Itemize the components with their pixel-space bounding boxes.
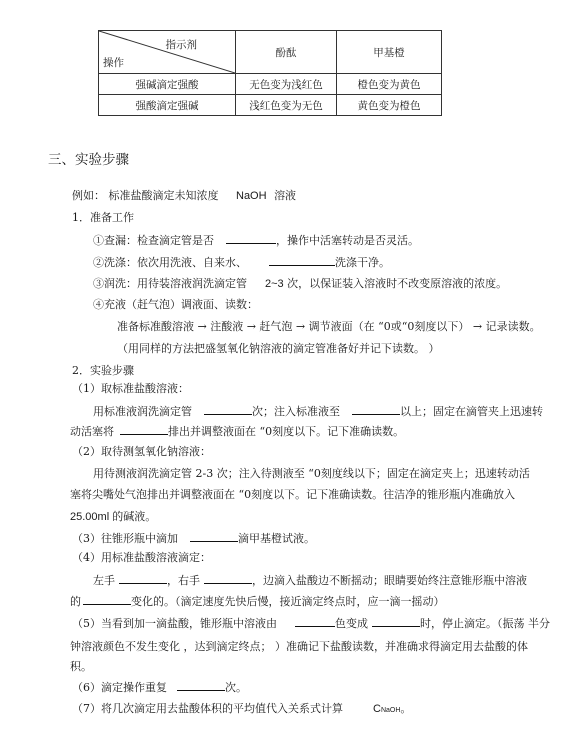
step-7: （7）将几次滴定用去盐酸体积的平均值代入关系式计算CNaOH。 bbox=[72, 702, 411, 718]
prep-step-3: ③润洗：用待装溶液润洗滴定管2~3 次，以保证装入溶液时不改变原溶液的浓度。 bbox=[93, 277, 507, 291]
header-phenolphthalein: 酚酞 bbox=[236, 31, 337, 74]
step-1-text-e: 排出并调整液面在 “0刻度以下。记下准确读数。 bbox=[168, 425, 404, 438]
prep-step-3-text-end: 次，以保证装入溶液时不改变原溶液的浓度。 bbox=[287, 277, 507, 290]
step-4-title: （4）用标准盐酸溶液滴定： bbox=[72, 551, 211, 565]
step-6-text-a: （6）滴定操作重复 bbox=[72, 681, 167, 694]
step-7-end: 。 bbox=[400, 702, 411, 715]
example-naoh: NaOH bbox=[236, 190, 267, 202]
step-4-text-e: 变化的。（滴定速度先快后慢，接近滴定终点时，应一滴一摇动） bbox=[131, 595, 445, 608]
prep-step-2: ②洗涤：依次用洗液、自来水、洗涤干净。 bbox=[93, 255, 390, 270]
step-2-title: （2）取待测氢氧化钠溶液： bbox=[72, 445, 211, 459]
document-page: 指示剂 操作 酚酞 甲基橙 强碱滴定强酸 无色变为浅红色 橙色变为黄色 强酸滴定… bbox=[0, 0, 576, 738]
step-6: （6）滴定操作重复次。 bbox=[72, 680, 247, 695]
step-4-text-d: 的 bbox=[70, 595, 81, 608]
cell-methyl-orange: 黄色变为橙色 bbox=[337, 95, 442, 116]
step-3-text-b: 滴甲基橙试液。 bbox=[238, 532, 315, 545]
step-1-text-b: 次；注入标准液至 bbox=[252, 405, 340, 418]
step-1-line-2: 动活塞将排出并调整液面在 “0刻度以下。记下准确读数。 bbox=[70, 424, 404, 439]
prep-flow: 准备标准酸溶液 → 注酸液 → 赶气泡 → 调节液面（在 “0或“0刻度以下） … bbox=[117, 320, 541, 334]
fill-blank[interactable] bbox=[120, 424, 168, 435]
step-6-text-b: 次。 bbox=[225, 681, 247, 694]
table-header-row: 指示剂 操作 酚酞 甲基橙 bbox=[99, 31, 442, 74]
fill-blank[interactable] bbox=[295, 616, 335, 627]
cell-operation: 强酸滴定强碱 bbox=[99, 95, 236, 116]
fill-blank[interactable] bbox=[352, 404, 400, 415]
step-4-text-a: 左手 bbox=[93, 574, 115, 587]
step-4-text-b: ，右手 bbox=[167, 574, 200, 587]
indicator-table: 指示剂 操作 酚酞 甲基橙 强碱滴定强酸 无色变为浅红色 橙色变为黄色 强酸滴定… bbox=[98, 30, 442, 116]
steps-title: 2．实验步骤 bbox=[72, 364, 134, 378]
prep-step-1-text-end: ，操作中活塞转动是否灵活。 bbox=[276, 234, 419, 247]
step-2-line-2: 塞将尖嘴处气泡排出并调整液面在 “0刻度以下。记下准确读数。往洁净的锥形瓶内准确… bbox=[70, 488, 515, 502]
cell-operation: 强碱滴定强酸 bbox=[99, 74, 236, 95]
header-operation: 操作 bbox=[103, 55, 124, 70]
step-2-line-1: 用待测液润洗滴定管 2-3 次；注入待测液至 “0刻度线以下；固定在滴定夹上；迅… bbox=[93, 467, 530, 481]
fill-blank[interactable] bbox=[83, 594, 131, 605]
cell-methyl-orange: 橙色变为黄色 bbox=[337, 74, 442, 95]
step-5-line-2: 钟溶液颜色不发生变化 ，达到滴定终点； ）准确记下盐酸读数，并准确求得滴定用去盐… bbox=[70, 640, 528, 654]
step-4-line-1: 左手，右手，边滴入盐酸边不断摇动；眼睛要始终注意锥形瓶中溶液 bbox=[93, 573, 527, 588]
formula-subscript: NaOH bbox=[381, 707, 400, 714]
prep-step-2-text-end: 洗涤干净。 bbox=[335, 256, 390, 269]
step-5-text-b: 色变成 bbox=[335, 617, 368, 630]
header-indicator: 指示剂 bbox=[166, 37, 198, 52]
fill-blank[interactable] bbox=[204, 573, 252, 584]
fill-blank[interactable] bbox=[190, 531, 238, 542]
prep-note: （用同样的方法把盛氢氧化钠溶液的滴定管准备好并记下读数。 ） bbox=[117, 342, 440, 356]
prep-step-2-text: ②洗涤：依次用洗液、自来水、 bbox=[93, 256, 247, 269]
step-3: （3）往锥形瓶中滴加滴甲基橙试液。 bbox=[72, 531, 315, 546]
cell-phenolphthalein: 无色变为浅红色 bbox=[236, 74, 337, 95]
step-2-line-3: 25.00ml 的碱液。 bbox=[70, 510, 156, 524]
step-4-text-c: ，边滴入盐酸边不断摇动；眼睛要始终注意锥形瓶中溶液 bbox=[252, 574, 527, 587]
fill-blank[interactable] bbox=[372, 616, 420, 627]
header-methyl-orange: 甲基橙 bbox=[337, 31, 442, 74]
diagonal-header-cell: 指示剂 操作 bbox=[99, 31, 236, 74]
fill-blank[interactable] bbox=[269, 255, 335, 266]
fill-blank[interactable] bbox=[119, 573, 167, 584]
table-row: 强酸滴定强碱 浅红色变为无色 黄色变为橙色 bbox=[99, 95, 442, 116]
formula-c: C bbox=[373, 703, 381, 715]
step-1-text-a: 用标准液润洗滴定管 bbox=[93, 405, 192, 418]
step-3-text-a: （3）往锥形瓶中滴加 bbox=[72, 532, 178, 545]
step-1-title: （1）取标准盐酸溶液： bbox=[72, 382, 189, 396]
fill-blank[interactable] bbox=[204, 404, 252, 415]
example-suffix: 溶液 bbox=[274, 189, 296, 202]
prep-step-1: ①查漏：检查滴定管是否，操作中活塞转动是否灵活。 bbox=[93, 233, 419, 248]
step-1-line-1: 用标准液润洗滴定管次；注入标准液至以上；固定在滴管夹上迅速转 bbox=[93, 404, 543, 419]
step-4-line-2: 的变化的。（滴定速度先快后慢，接近滴定终点时，应一滴一摇动） bbox=[70, 594, 445, 609]
step-5-line-1: （5）当看到加一滴盐酸，锥形瓶中溶液由色变成时，停止滴定。（振荡 半分 bbox=[72, 616, 550, 631]
step-5-text-c: 时，停止滴定。（振荡 半分 bbox=[420, 617, 550, 630]
step-1-text-d: 动活塞将 bbox=[70, 425, 114, 438]
example-prefix: 例如： 标准盐酸滴定未知浓度 bbox=[72, 189, 219, 202]
section-title: 三、实验步骤 bbox=[48, 153, 129, 167]
prep-title: 1．准备工作 bbox=[72, 211, 134, 225]
prep-step-4: ④充液（赶气泡）调液面、读数： bbox=[93, 298, 258, 312]
step-7-text: （7）将几次滴定用去盐酸体积的平均值代入关系式计算 bbox=[72, 702, 343, 715]
prep-step-3-count: 2~3 bbox=[265, 278, 284, 290]
fill-blank[interactable] bbox=[226, 233, 276, 244]
step-1-text-c: 以上；固定在滴管夹上迅速转 bbox=[400, 405, 543, 418]
step-5-line-3: 积。 bbox=[70, 660, 92, 674]
prep-step-1-text: ①查漏：检查滴定管是否 bbox=[93, 234, 214, 247]
example-line: 例如： 标准盐酸滴定未知浓度 NaOH 溶液 bbox=[72, 189, 296, 203]
fill-blank[interactable] bbox=[177, 680, 225, 691]
cell-phenolphthalein: 浅红色变为无色 bbox=[236, 95, 337, 116]
table-row: 强碱滴定强酸 无色变为浅红色 橙色变为黄色 bbox=[99, 74, 442, 95]
step-5-text-a: （5）当看到加一滴盐酸，锥形瓶中溶液由 bbox=[72, 617, 277, 630]
prep-step-3-text: ③润洗：用待装溶液润洗滴定管 bbox=[93, 277, 247, 290]
